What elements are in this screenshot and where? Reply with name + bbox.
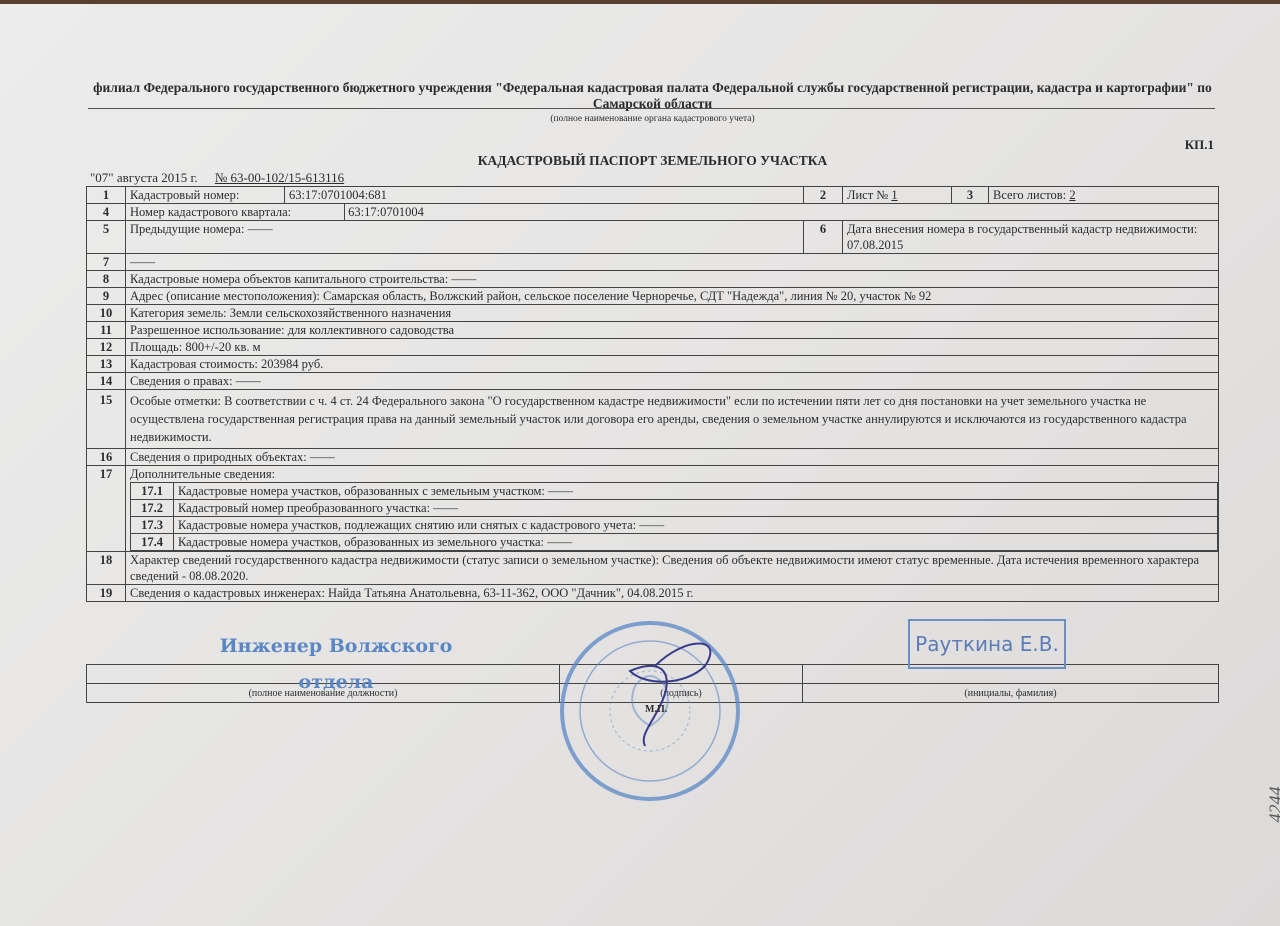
cadastral-engineers: Сведения о кадастровых инженерах: Найда … [126,585,1219,602]
issue-date-line: "07" августа 2015 г. № 63-00-102/15-6131… [90,170,344,186]
row-number: 3 [952,187,989,204]
document-title: КАДАСТРОВЫЙ ПАСПОРТ ЗЕМЕЛЬНОГО УЧАСТКА [90,153,1215,169]
row-number: 10 [87,305,126,322]
table-row: 1 Кадастровый номер: 63:17:0701004:681 2… [87,187,1219,204]
row-number: 18 [87,552,126,585]
address: Адрес (описание местоположения): Самарск… [126,288,1219,305]
additional-info: Дополнительные сведения: 17.1Кадастровые… [126,466,1219,552]
row-number: 8 [87,271,126,288]
issue-date: "07" августа 2015 г. [90,170,198,185]
field-label: Кадастровый номер: [126,187,285,204]
table-row: 7 —— [87,254,1219,271]
row-number: 17.2 [131,500,174,517]
seal-placeholder: М.П. [645,704,667,715]
field-value: 1 [891,188,897,202]
rights-info: Сведения о правах: —— [126,373,1219,390]
row-number: 14 [87,373,126,390]
total-sheets: Всего листов: 2 [989,187,1219,204]
field-label: Всего листов: [993,188,1066,202]
sheet-number: Лист № 1 [843,187,952,204]
table-row: 17.4Кадастровые номера участков, образов… [131,534,1218,551]
cadastral-number: 63:17:0701004:681 [285,187,804,204]
table-row: 10 Категория земель: Земли сельскохозяйс… [87,305,1219,322]
capital-construction-numbers: Кадастровые номера объектов капитального… [126,271,1219,288]
row-number: 17.3 [131,517,174,534]
row-7-value: —— [126,254,1219,271]
document-number: № 63-00-102/15-613116 [215,170,344,185]
document-page: филиал Федерального государственного бюд… [0,4,1280,926]
field-value: 2 [1069,188,1075,202]
row-number: 4 [87,204,126,221]
row-number: 19 [87,585,126,602]
registration-date: Дата внесения номера в государственный к… [843,221,1219,254]
row-number: 17.1 [131,483,174,500]
row-number: 17.4 [131,534,174,551]
handwritten-note: 4244 [1266,787,1280,823]
row-number: 12 [87,339,126,356]
field-label: Лист № [847,188,888,202]
permitted-use: Разрешенное использование: для коллектив… [126,322,1219,339]
table-row: 12 Площадь: 800+/-20 кв. м [87,339,1219,356]
divider [88,108,1215,109]
formed-with-parcels: Кадастровые номера участков, образованны… [174,483,1218,500]
area: Площадь: 800+/-20 кв. м [126,339,1219,356]
table-row: 11 Разрешенное использование: для коллек… [87,322,1219,339]
table-row: 17.2Кадастровый номер преобразованного у… [131,500,1218,517]
organization-caption: (полное наименование органа кадастрового… [90,114,1215,124]
row-number: 2 [804,187,843,204]
name-stamp: Рауткина Е.В. [908,619,1066,669]
cadastral-quarter: Номер кадастрового квартала: 63:17:07010… [126,204,1219,221]
row-number: 13 [87,356,126,373]
table-row: 15 Особые отметки: В соответствии с ч. 4… [87,390,1219,449]
additional-info-table: 17.1Кадастровые номера участков, образов… [130,482,1218,551]
table-row: 17 Дополнительные сведения: 17.1Кадастро… [87,466,1219,552]
row-number: 11 [87,322,126,339]
cadastral-value: Кадастровая стоимость: 203984 руб. [126,356,1219,373]
row-number: 5 [87,221,126,254]
row-number: 16 [87,449,126,466]
formed-from-parcels: Кадастровые номера участков, образованны… [174,534,1218,551]
passport-table: 1 Кадастровый номер: 63:17:0701004:681 2… [86,186,1219,602]
row-number: 7 [87,254,126,271]
additional-info-label: Дополнительные сведения: [126,466,1218,482]
special-notes: Особые отметки: В соответствии с ч. 4 ст… [126,390,1219,449]
deregistered-parcels: Кадастровые номера участков, подлежащих … [174,517,1218,534]
natural-objects: Сведения о природных объектах: —— [126,449,1219,466]
land-category: Категория земель: Земли сельскохозяйстве… [126,305,1219,322]
form-code: КП.1 [1185,137,1214,153]
table-row: 9 Адрес (описание местоположения): Самар… [87,288,1219,305]
record-status: Характер сведений государственного кадас… [126,552,1219,585]
table-row: 17.1Кадастровые номера участков, образов… [131,483,1218,500]
name-caption: (инициалы, фамилия) [803,684,1219,703]
previous-numbers: Предыдущие номера: —— [126,221,804,254]
row-number: 17 [87,466,126,552]
field-value: 63:17:0701004 [348,205,424,219]
field-label: Номер кадастрового квартала: [130,204,345,220]
table-row: 18 Характер сведений государственного ка… [87,552,1219,585]
row-number: 15 [87,390,126,449]
table-row: 13 Кадастровая стоимость: 203984 руб. [87,356,1219,373]
table-row: 17.3Кадастровые номера участков, подлежа… [131,517,1218,534]
table-row: 14 Сведения о правах: —— [87,373,1219,390]
transformed-parcel: Кадастровый номер преобразованного участ… [174,500,1218,517]
table-row: 19 Сведения о кадастровых инженерах: Най… [87,585,1219,602]
table-row: 16 Сведения о природных объектах: —— [87,449,1219,466]
table-row: 8 Кадастровые номера объектов капитально… [87,271,1219,288]
row-number: 1 [87,187,126,204]
table-row: 5 Предыдущие номера: —— 6 Дата внесения … [87,221,1219,254]
position-stamp: Инженер Волжского отдела [190,628,482,664]
row-number: 6 [804,221,843,254]
row-number: 9 [87,288,126,305]
table-row: 4 Номер кадастрового квартала: 63:17:070… [87,204,1219,221]
